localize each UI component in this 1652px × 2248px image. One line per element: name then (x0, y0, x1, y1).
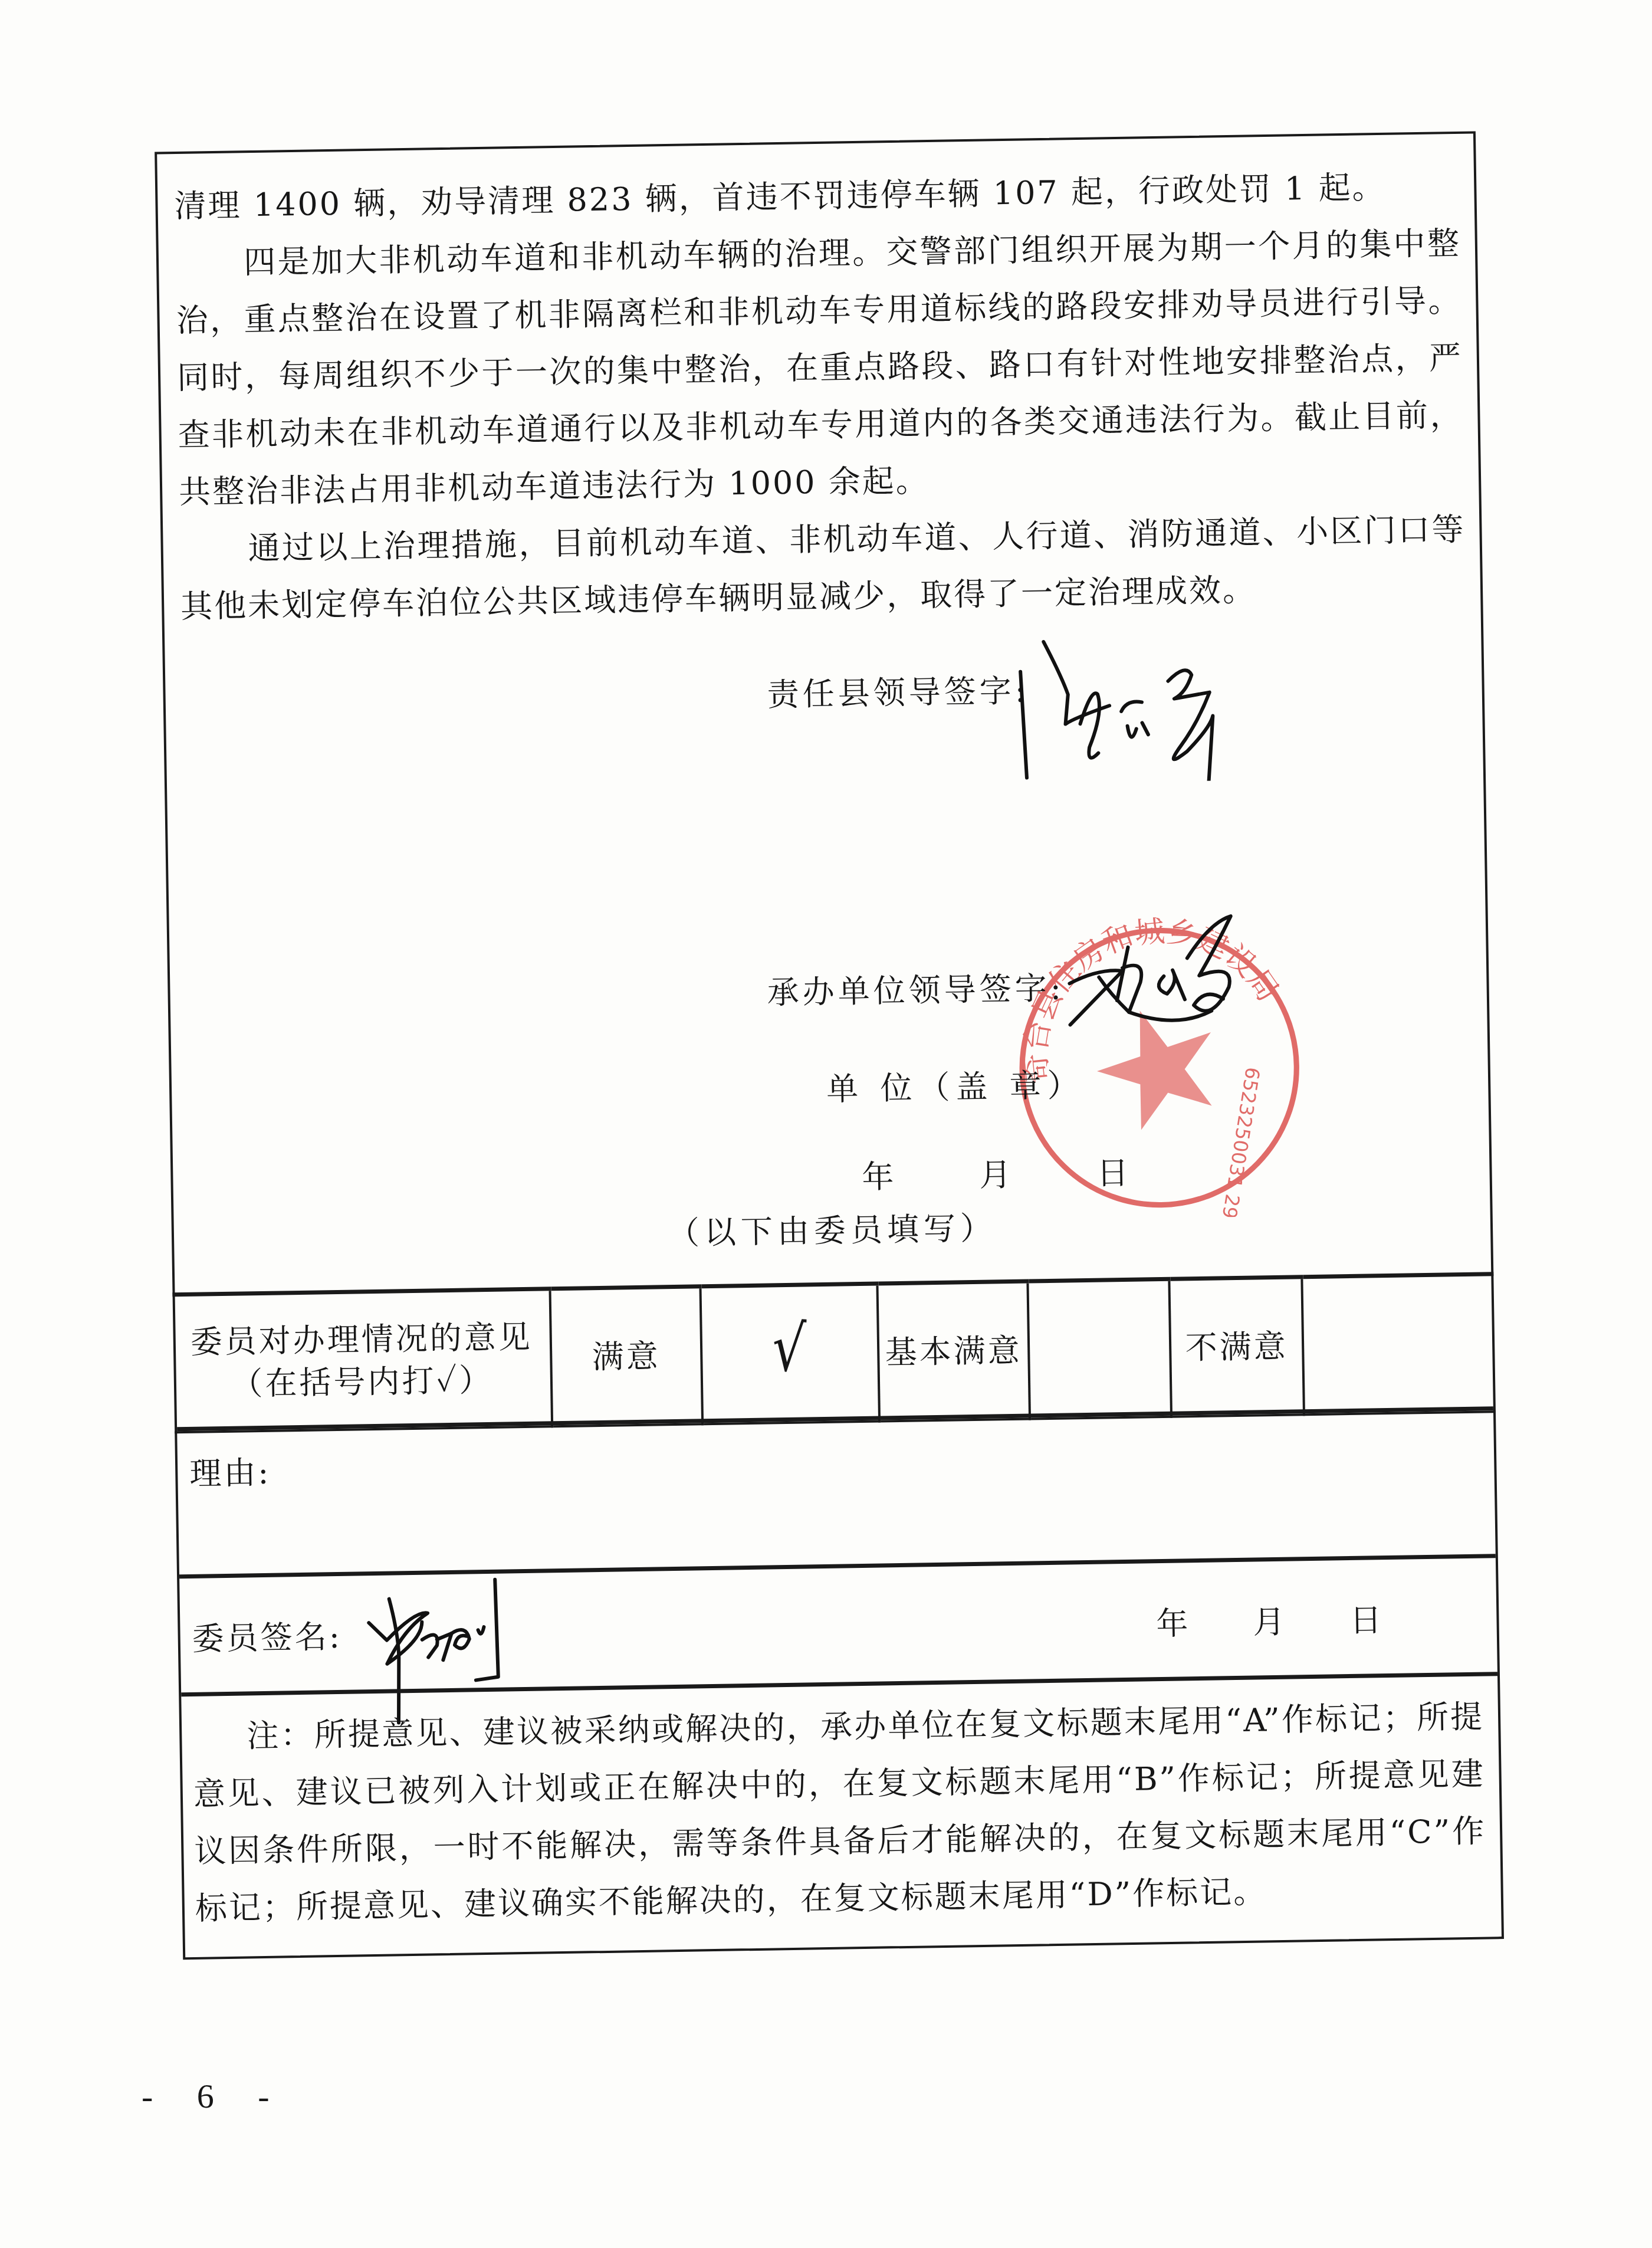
unit-leader-signature-label: 承办单位领导签字: (767, 963, 1065, 1013)
form-hint: （以下由委员填写） (173, 1195, 1490, 1261)
paragraph-2: 四是加大非机动车道和非机动车辆的治理。交警部门组织开展为期一个月的集中整治，重点… (175, 215, 1464, 521)
option-unsatisfied-label: 不满意 (1169, 1277, 1304, 1417)
opinion-label: 委员对办理情况的意见 （在括号内打✓） (173, 1289, 553, 1433)
note-text: 注：所提意见、建议被采纳或解决的，承办单位在复文标题末尾用“A”作标记；所提意见… (192, 1688, 1487, 1937)
county-leader-signature-label: 责任县领导签字: (767, 665, 1029, 715)
option-basically-satisfied-label: 基本满意 (877, 1281, 1030, 1421)
unit-leader-signature (1057, 910, 1253, 1037)
member-date: 年月日 (1156, 1594, 1447, 1645)
reply-body: 清理 1400 辆，劝导清理 823 辆，首违不罚违停车辆 107 起，行政处罚… (174, 157, 1467, 635)
page-number: - 6 - (142, 2076, 287, 2116)
reason-field[interactable]: 理由: (177, 1406, 1496, 1578)
option-unsatisfied-checkbox[interactable] (1302, 1274, 1496, 1415)
paragraph-3: 通过以上治理措施，目前机动车道、非机动车道、人行道、消防通道、小区门口等其他未划… (179, 501, 1467, 635)
option-satisfied-label: 满意 (550, 1287, 702, 1426)
unit-seal-label: 单 位（盖 章） (826, 1060, 1085, 1110)
option-satisfied-checkbox[interactable]: √ (700, 1284, 879, 1424)
unit-date-label: 年 月 日 (862, 1148, 1132, 1197)
county-leader-signature (1008, 626, 1258, 784)
member-signature-label: 委员签名: (192, 1612, 342, 1659)
seal-code: 6523250031 29 (1218, 1065, 1265, 1220)
note-section: 注：所提意见、建议被采纳或解决的，承办单位在复文标题末尾用“A”作标记；所提意见… (181, 1672, 1502, 1957)
option-basically-satisfied-checkbox[interactable] (1027, 1279, 1171, 1419)
reason-label: 理由: (189, 1448, 271, 1494)
check-mark-icon: √ (771, 1326, 808, 1371)
form-frame: 清理 1400 辆，劝导清理 823 辆，首违不罚违停车辆 107 起，行政处罚… (155, 131, 1504, 1960)
